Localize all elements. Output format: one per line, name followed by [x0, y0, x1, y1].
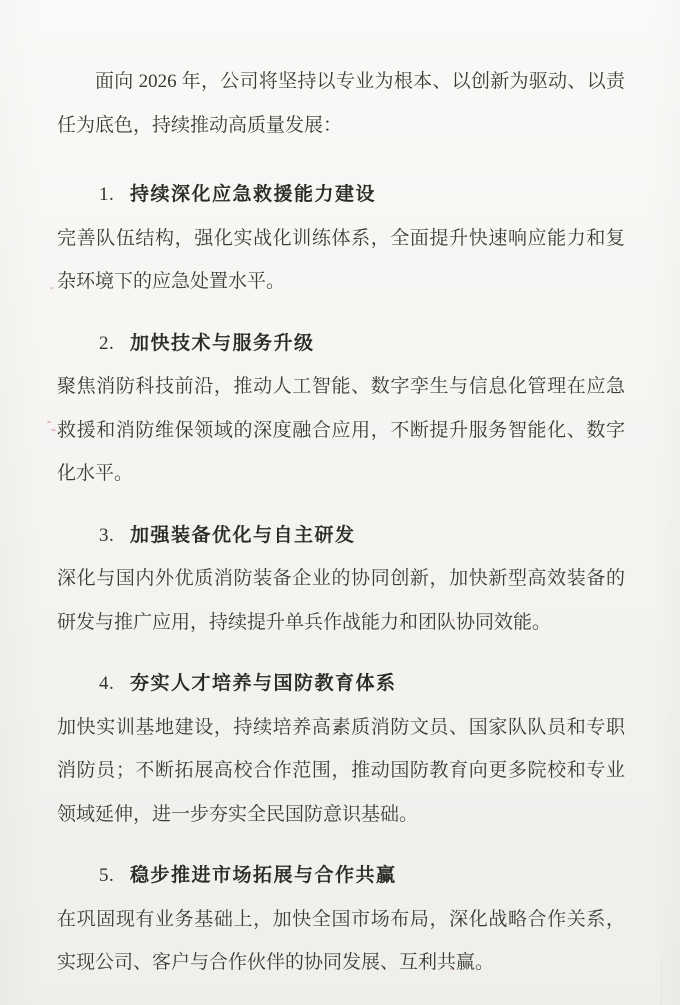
section: 2. 加快技术与服务升级 聚焦消防科技前沿，推动人工智能、数字孪生与信息化管理在… — [57, 322, 625, 496]
section-body: 深化与国内外优质消防装备企业的协同创新，加快新型高效装备的研发与推广应用，持续提… — [57, 557, 625, 644]
section-body: 聚焦消防科技前沿，推动人工智能、数字孪生与信息化管理在应急救援和消防维保领域的深… — [57, 365, 625, 496]
document-content: 面向 2026 年，公司将坚持以专业为根本、以创新为驱动、以责任为底色，持续推动… — [57, 60, 625, 985]
section: 1. 持续深化应急救援能力建设 完善队伍结构，强化实战化训练体系，全面提升快速响… — [57, 173, 625, 304]
section-body: 完善队伍结构，强化实战化训练体系，全面提升快速响应能力和复杂环境下的应急处置水平… — [57, 217, 625, 304]
intro-paragraph: 面向 2026 年，公司将坚持以专业为根本、以创新为驱动、以责任为底色，持续推动… — [57, 60, 625, 147]
scan-speck — [47, 421, 51, 423]
section-heading: 4. 夯实人才培养与国防教育体系 — [57, 662, 625, 706]
section-title: 夯实人才培养与国防教育体系 — [130, 673, 397, 694]
scanned-document-page: 面向 2026 年，公司将坚持以专业为根本、以创新为驱动、以责任为底色，持续推动… — [0, 0, 680, 1005]
section-body: 在巩固现有业务基础上，加快全国市场布局，深化战略合作关系，实现公司、客户与合作伙… — [57, 898, 625, 985]
section-heading: 5. 稳步推进市场拓展与合作共赢 — [57, 854, 625, 898]
paper-edge-shadow — [661, 915, 662, 1005]
section-heading: 3. 加强装备优化与自主研发 — [57, 514, 625, 558]
section-body: 加快实训基地建设，持续培养高素质消防文员、国家队队员和专职消防员；不断拓展高校合… — [57, 706, 625, 837]
section: 5. 稳步推进市场拓展与合作共赢 在巩固现有业务基础上，加快全国市场布局，深化战… — [57, 854, 625, 985]
section-number: 1. — [99, 184, 114, 205]
sections: 1. 持续深化应急救援能力建设 完善队伍结构，强化实战化训练体系，全面提升快速响… — [57, 173, 625, 985]
section: 4. 夯实人才培养与国防教育体系 加快实训基地建设，持续培养高素质消防文员、国家… — [57, 662, 625, 836]
section-heading: 2. 加快技术与服务升级 — [57, 322, 625, 366]
section-number: 2. — [99, 333, 114, 354]
scan-speck — [50, 287, 53, 289]
section-number: 3. — [99, 525, 114, 546]
scan-speck — [51, 429, 56, 431]
section-heading: 1. 持续深化应急救援能力建设 — [57, 173, 625, 217]
section: 3. 加强装备优化与自主研发 深化与国内外优质消防装备企业的协同创新，加快新型高… — [57, 514, 625, 645]
section-number: 4. — [99, 673, 114, 694]
section-title: 持续深化应急救援能力建设 — [130, 184, 376, 205]
section-title: 加快技术与服务升级 — [130, 333, 315, 354]
section-number: 5. — [99, 865, 114, 886]
section-title: 加强装备优化与自主研发 — [130, 525, 356, 546]
section-title: 稳步推进市场拓展与合作共赢 — [130, 865, 397, 886]
